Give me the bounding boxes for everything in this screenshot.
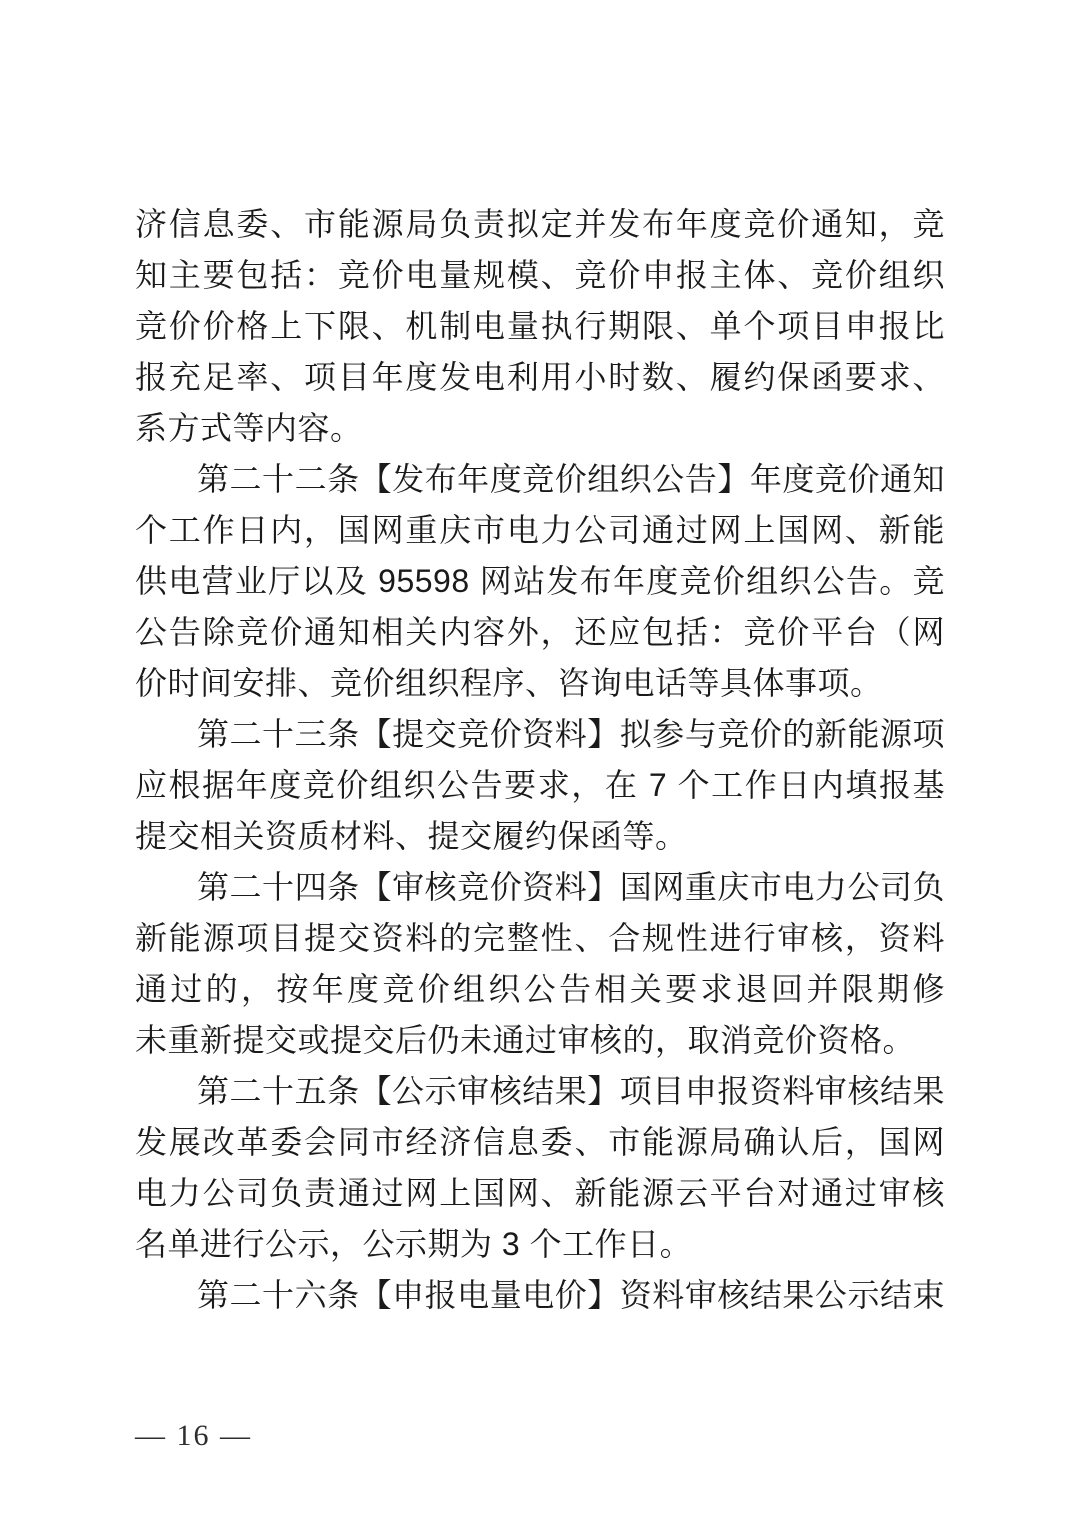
text-line: 济信息委、市能源局负责拟定并发布年度竞价通知，竞价通 bbox=[135, 199, 945, 250]
text-line: 通过的，按年度竞价组织公告相关要求退回并限期修改，逾期 bbox=[135, 964, 945, 1015]
text-line-article-26: 第二十六条【申报电量电价】资料审核结果公示结束后 2 bbox=[135, 1270, 945, 1321]
text-line-article-23: 第二十三条【提交竞价资料】拟参与竞价的新能源项目 bbox=[135, 709, 945, 760]
text-line: 竞价价格上下限、机制电量执行期限、单个项目申报比例、申 bbox=[135, 301, 945, 352]
text-line: 未重新提交或提交后仍未通过审核的，取消竞价资格。 bbox=[135, 1015, 945, 1066]
text-line: 名单进行公示，公示期为 3 个工作日。 bbox=[135, 1219, 945, 1270]
text-line: 应根据年度竞价组织公告要求，在 7 个工作日内填报基本信息、 bbox=[135, 760, 945, 811]
text-line: 提交相关资质材料、提交履约保函等。 bbox=[135, 811, 945, 862]
text-line: 报充足率、项目年度发电利用小时数、履约保函要求、监督联 bbox=[135, 352, 945, 403]
text-line: 新能源项目提交资料的完整性、合规性进行审核，资料审核未 bbox=[135, 913, 945, 964]
text-line: 公告除竞价通知相关内容外，还应包括：竞价平台（网址）、竞 bbox=[135, 607, 945, 658]
text-line-article-24: 第二十四条【审核竞价资料】国网重庆市电力公司负责对 bbox=[135, 862, 945, 913]
text-line: 供电营业厅以及 95598 网站发布年度竞价组织公告。竞价组织 bbox=[135, 556, 945, 607]
text-line: 电力公司负责通过网上国网、新能源云平台对通过审核的项目 bbox=[135, 1168, 945, 1219]
text-line-article-25: 第二十五条【公示审核结果】项目申报资料审核结果由市 bbox=[135, 1066, 945, 1117]
text-line: 个工作日内，国网重庆市电力公司通过网上国网、新能源云、 bbox=[135, 505, 945, 556]
text-line: 价时间安排、竞价组织程序、咨询电话等具体事项。 bbox=[135, 658, 945, 709]
document-body: 济信息委、市能源局负责拟定并发布年度竞价通知，竞价通 知主要包括：竞价电量规模、… bbox=[135, 199, 945, 1321]
text-line: 发展改革委会同市经济信息委、市能源局确认后，国网重庆市 bbox=[135, 1117, 945, 1168]
text-line-article-22: 第二十二条【发布年度竞价组织公告】年度竞价通知发布 3 bbox=[135, 454, 945, 505]
document-page: 济信息委、市能源局负责拟定并发布年度竞价通知，竞价通 知主要包括：竞价电量规模、… bbox=[0, 0, 1080, 1527]
text-line: 系方式等内容。 bbox=[135, 403, 945, 454]
text-line: 知主要包括：竞价电量规模、竞价申报主体、竞价组织分类、 bbox=[135, 250, 945, 301]
page-number: — 16 — bbox=[135, 1416, 252, 1456]
